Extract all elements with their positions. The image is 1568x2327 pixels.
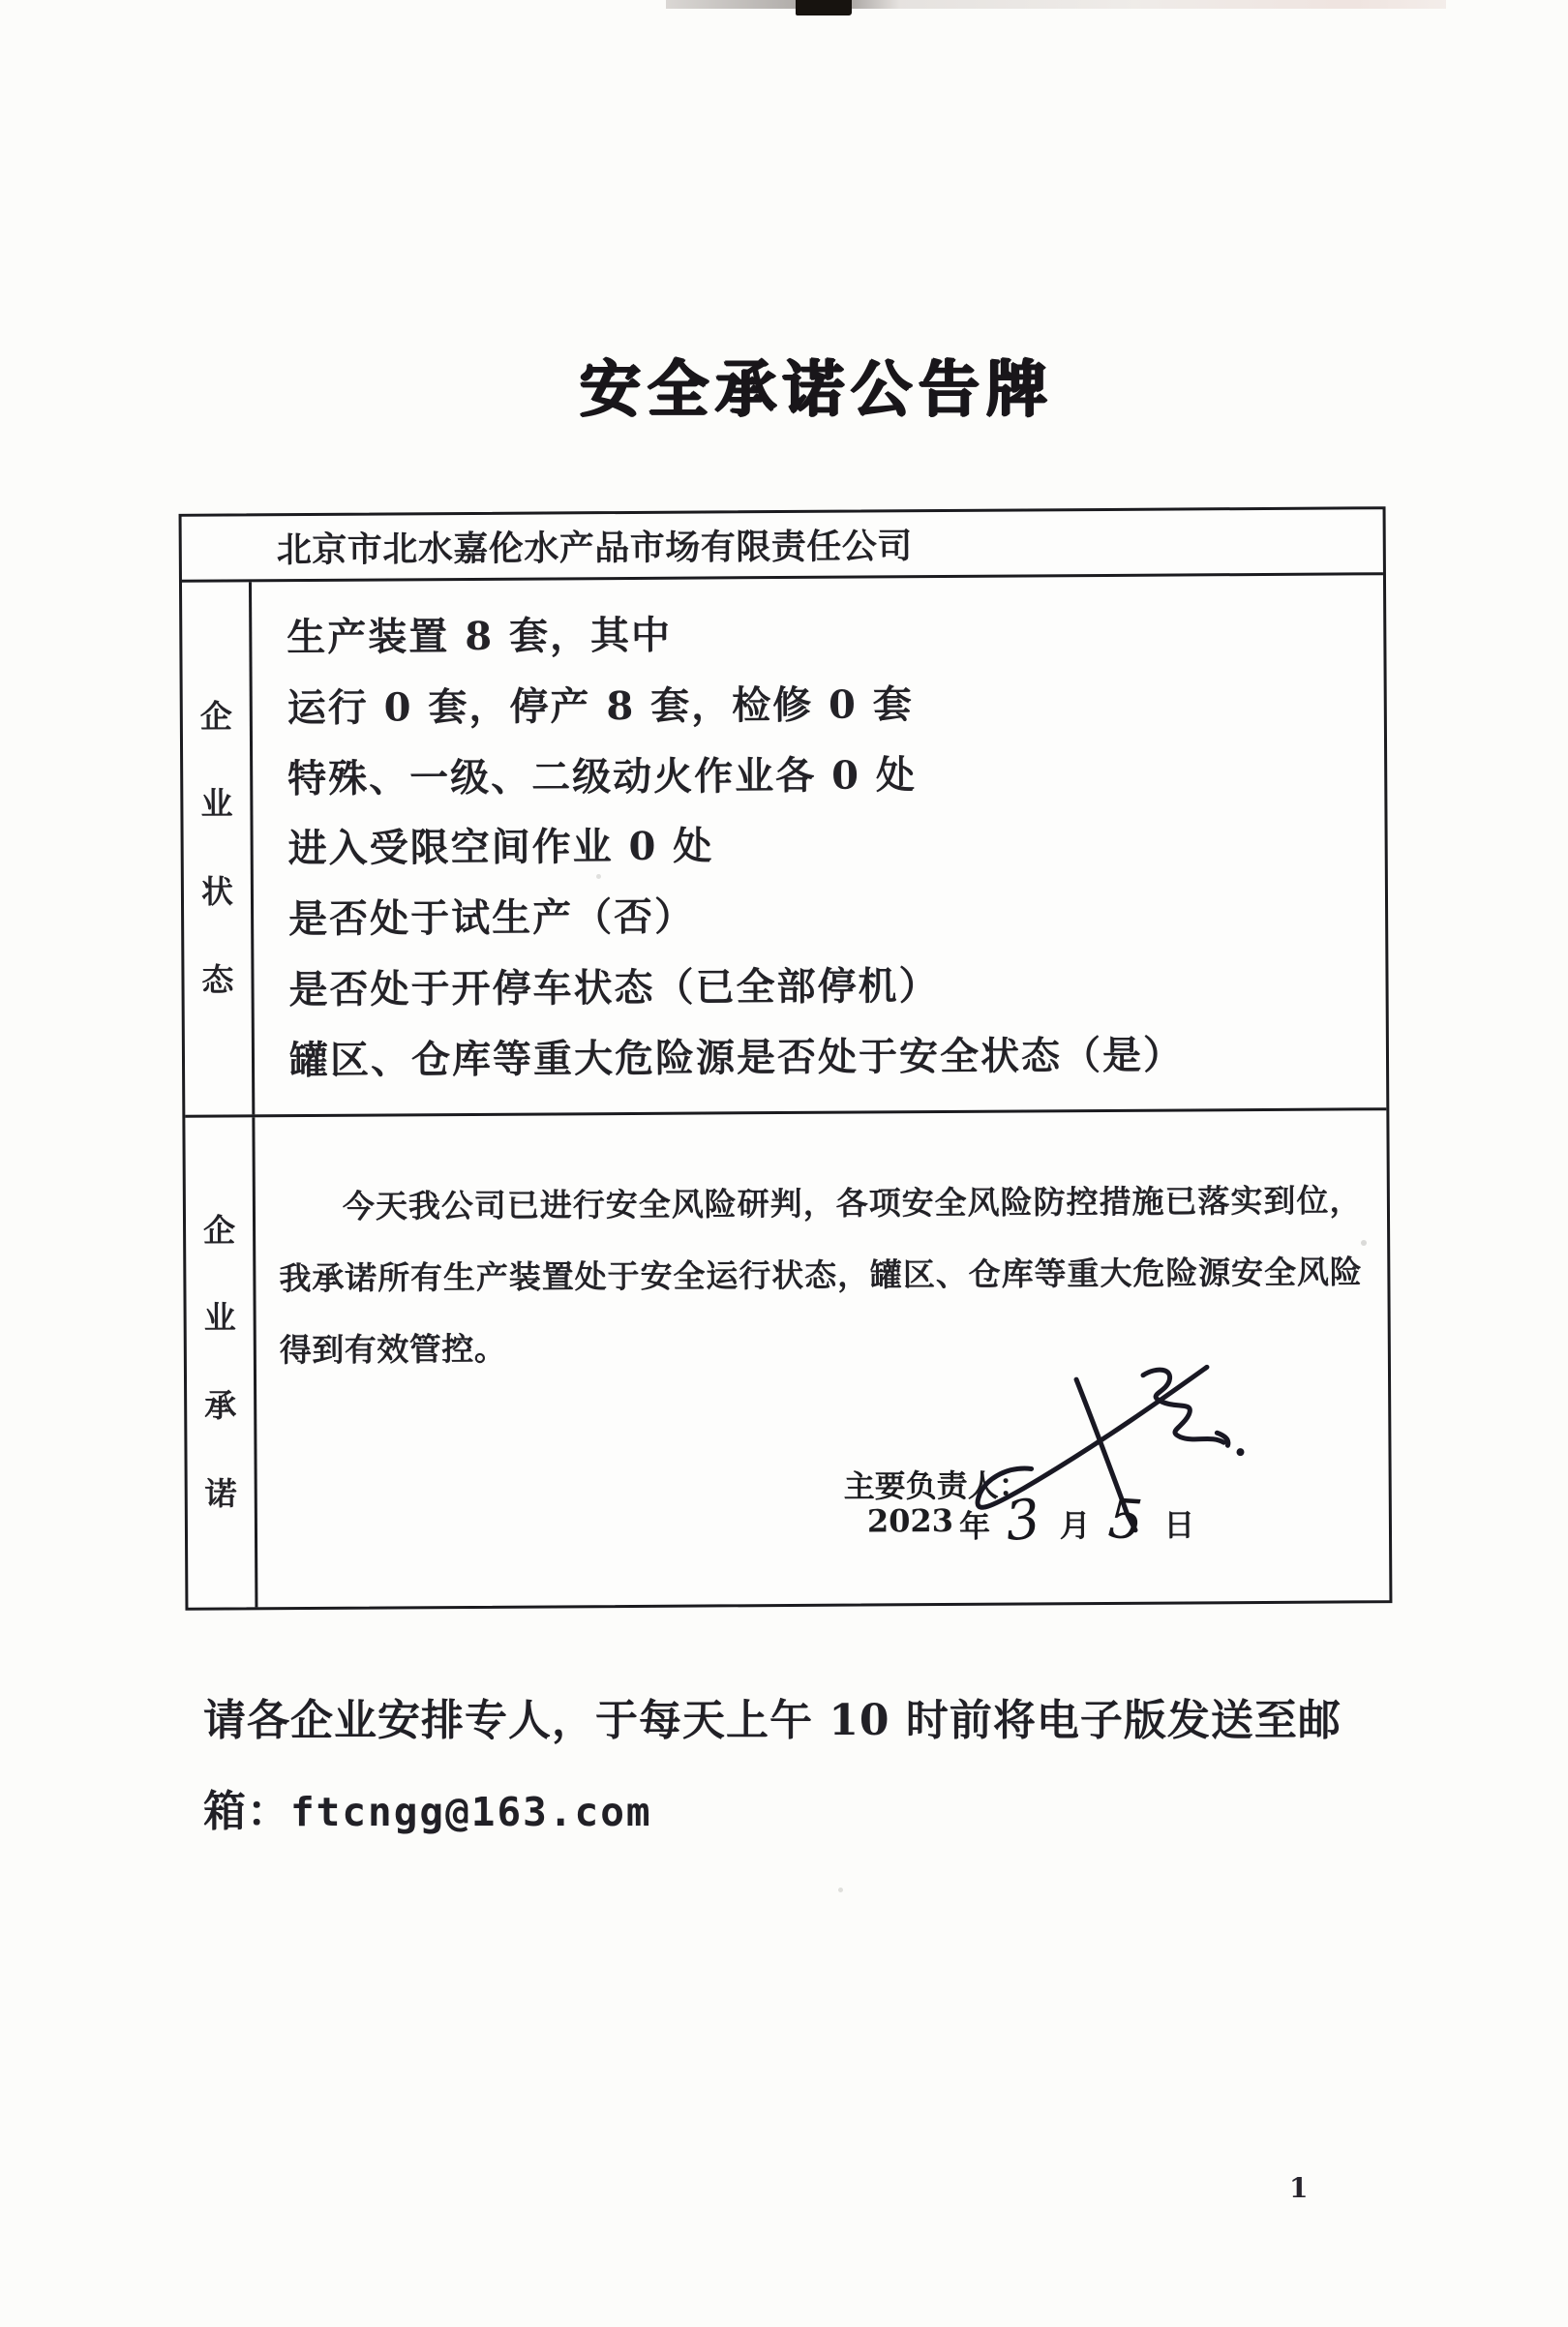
date-month-handwritten: 3: [1004, 1498, 1042, 1545]
date-day-unit: 日: [1163, 1500, 1194, 1545]
scan-edge-artifact: [666, 0, 1446, 9]
notice-board-table: 北京市北水嘉伦水产品市场有限责任公司 企业状态 生产装置 8 套，其中 运行 0…: [179, 506, 1393, 1611]
footer-note-line1: 请各企业安排专人，于每天上午 10 时前将电子版发送至邮: [203, 1700, 1423, 1742]
status-line-major-hazard: 罐区、仓库等重大危险源是否处于安全状态（是）: [289, 1023, 1369, 1085]
date-year-unit: 年: [959, 1502, 990, 1547]
document-title: 安全承诺公告牌: [33, 341, 1568, 429]
footer-instruction-note: 请各企业安排专人，于每天上午 10 时前将电子版发送至邮 箱：ftcngg@16…: [203, 1700, 1423, 1833]
enterprise-status-label: 企业状态: [197, 673, 236, 1024]
enterprise-status-label-cell: 企业状态: [182, 582, 255, 1114]
company-name: 北京市北水嘉伦水产品市场有限责任公司: [277, 519, 913, 572]
date-month-unit: 月: [1060, 1501, 1091, 1546]
enterprise-commitment-label-cell: 企业承诺: [185, 1117, 257, 1607]
contact-email: ftcngg@163.com: [290, 1789, 652, 1835]
enterprise-status-lines: 生产装置 8 套，其中 运行 0 套，停产 8 套，检修 0 套 特殊、一级、二…: [252, 575, 1386, 1114]
page-number: 1: [1289, 2172, 1308, 2204]
footer-note-line2-prefix: 箱：: [203, 1787, 290, 1836]
enterprise-commitment-section: 企业承诺 今天我公司已进行安全风险研判，各项安全风险防控措施已落实到位，我承诺所…: [185, 1110, 1389, 1608]
status-line-startup-shutdown: 是否处于开停车状态（已全部停机）: [288, 952, 1368, 1014]
status-line-production-units: 生产装置 8 套，其中: [286, 600, 1366, 662]
enterprise-status-section: 企业状态 生产装置 8 套，其中 运行 0 套，停产 8 套，检修 0 套 特殊…: [182, 575, 1386, 1118]
status-line-trial-production: 是否处于试生产（否）: [288, 883, 1368, 945]
date-day-handwritten: 5: [1106, 1498, 1143, 1544]
scan-ink-blob: [796, 0, 852, 15]
enterprise-commitment-label: 企业承诺: [200, 1187, 239, 1538]
commitment-date: 2023 年 3 月 5 日: [867, 1500, 1201, 1547]
date-year: 2023: [867, 1502, 953, 1540]
paper-speck: [838, 1888, 843, 1892]
enterprise-commitment-content: 今天我公司已进行安全风险研判，各项安全风险防控措施已落实到位，我承诺所有生产装置…: [255, 1110, 1389, 1607]
footer-note-line2: 箱：ftcngg@163.com: [203, 1791, 1423, 1833]
status-line-hot-work: 特殊、一级、二级动火作业各 0 处: [287, 741, 1367, 803]
status-line-confined-space: 进入受限空间作业 0 处: [287, 812, 1367, 874]
status-line-running-stopped: 运行 0 套，停产 8 套，检修 0 套: [287, 671, 1367, 733]
company-name-row: 北京市北水嘉伦水产品市场有限责任公司: [182, 509, 1383, 583]
